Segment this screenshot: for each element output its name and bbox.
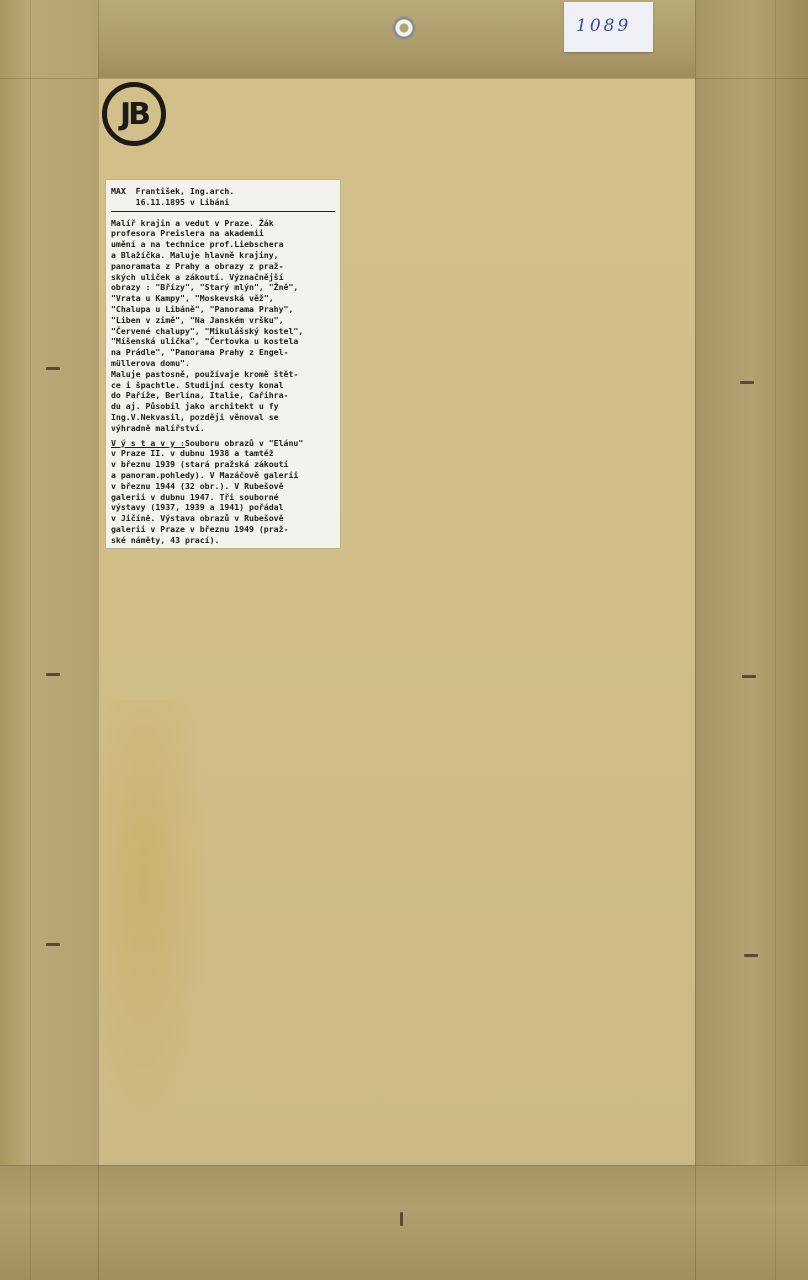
crease-top [0, 78, 808, 79]
biography-line: ských uliček a zákoutí. Význačnější [111, 272, 335, 283]
biography-line: "Liben v zimě", "Na Janském vršku", [111, 315, 335, 326]
biography-line: ce i špachtle. Studijní cesty konal [111, 380, 335, 391]
biography-line: müllerova domu". [111, 358, 335, 369]
inventory-tag: 1089 [564, 2, 653, 52]
tape-right [695, 0, 808, 1280]
exhibitions-line: a panoram.pohledy). V Mazáčově galerii [111, 470, 335, 481]
label-header-birth: 16.11.1895 v Libáni [111, 197, 335, 208]
nail-icon [742, 675, 756, 678]
exhibitions-line: galerii v Praze v březnu 1949 (praž- [111, 524, 335, 535]
biography-line: du aj. Působil jako architekt u fy [111, 401, 335, 412]
biography-line: panoramata z Prahy a obrazy z praž- [111, 261, 335, 272]
exhibitions-line: v Praze II. v dubnu 1938 a tamtéž [111, 448, 335, 459]
artist-label: MAX František, Ing.arch. 16.11.1895 v Li… [106, 180, 340, 548]
crease-right-outer [775, 0, 776, 1280]
crease-right [695, 0, 696, 1280]
exhibitions-heading: V ý s t a v y : [111, 438, 185, 448]
label-divider [111, 211, 335, 212]
biography-line: profesora Preislera na akademii [111, 228, 335, 239]
label-header-name: MAX František, Ing.arch. [111, 186, 335, 197]
biography-line: "Chalupa u Libáně", "Panorama Prahy", [111, 304, 335, 315]
nail-icon [46, 943, 60, 946]
biography-line: na Prádle", "Panorama Prahy z Engel- [111, 347, 335, 358]
biography-line: "Míšenská ulička", "Čertovka u kostela [111, 336, 335, 347]
biography-line: výhradně malířství. [111, 423, 335, 434]
biography-line: "Červené chalupy", "Mikulášský kostel", [111, 326, 335, 337]
biography-line: do Paříže, Berlína, Italie, Cařihra- [111, 390, 335, 401]
nail-icon [744, 954, 758, 957]
exhibitions-line: výstavy (1937, 1939 a 1941) pořádal [111, 502, 335, 513]
crease-bottom [0, 1165, 808, 1166]
exhibitions-line: v březnu 1944 (32 obr.). V Rubešově [111, 481, 335, 492]
biography-line: Ing.V.Nekvasil, později věnoval se [111, 412, 335, 423]
water-stain [100, 700, 210, 1140]
biography-line: Maluje pastosně, používaje kromě štět- [111, 369, 335, 380]
nail-icon [46, 673, 60, 676]
nail-icon [740, 381, 754, 384]
biography-line: umění a na technice prof.Liebschera [111, 239, 335, 250]
biography-line: Malíř krajin a vedut v Praze. Žák [111, 218, 335, 229]
exhibitions-line: ské náměty, 43 prací). [111, 535, 335, 546]
exhibitions-line: v březnu 1939 (stará pražská zákoutí [111, 459, 335, 470]
biography-line: "Vrata u Kampy", "Moskevská věž", [111, 293, 335, 304]
inventory-number: 1089 [576, 16, 631, 36]
exhibitions-line: galerii v dubnu 1947. Tři souborné [111, 492, 335, 503]
crease-left [98, 0, 99, 1280]
tape-bottom [0, 1165, 808, 1280]
hanging-grommet-icon [392, 16, 416, 40]
exhibitions-line: v Jičíně. Výstava obrazů v Rubešově [111, 513, 335, 524]
exhibitions-line: Souboru obrazů v "Elánu" [185, 438, 303, 448]
label-biography: Malíř krajin a vedut v Praze. Žákprofeso… [111, 218, 335, 434]
biography-line: obrazy : "Břízy", "Starý mlýn", "Žně", [111, 282, 335, 293]
label-exhibitions: V ý s t a v y :Souboru obrazů v "Elánu" … [111, 438, 335, 546]
biography-line: a Blažíčka. Maluje hlavně krajiny, [111, 250, 335, 261]
tape-left [0, 0, 98, 1280]
nail-icon [46, 367, 60, 370]
crease-left-outer [30, 0, 31, 1280]
nail-icon [400, 1212, 403, 1226]
monogram-stamp: JB [102, 82, 166, 146]
stamp-monogram: JB [120, 97, 148, 132]
